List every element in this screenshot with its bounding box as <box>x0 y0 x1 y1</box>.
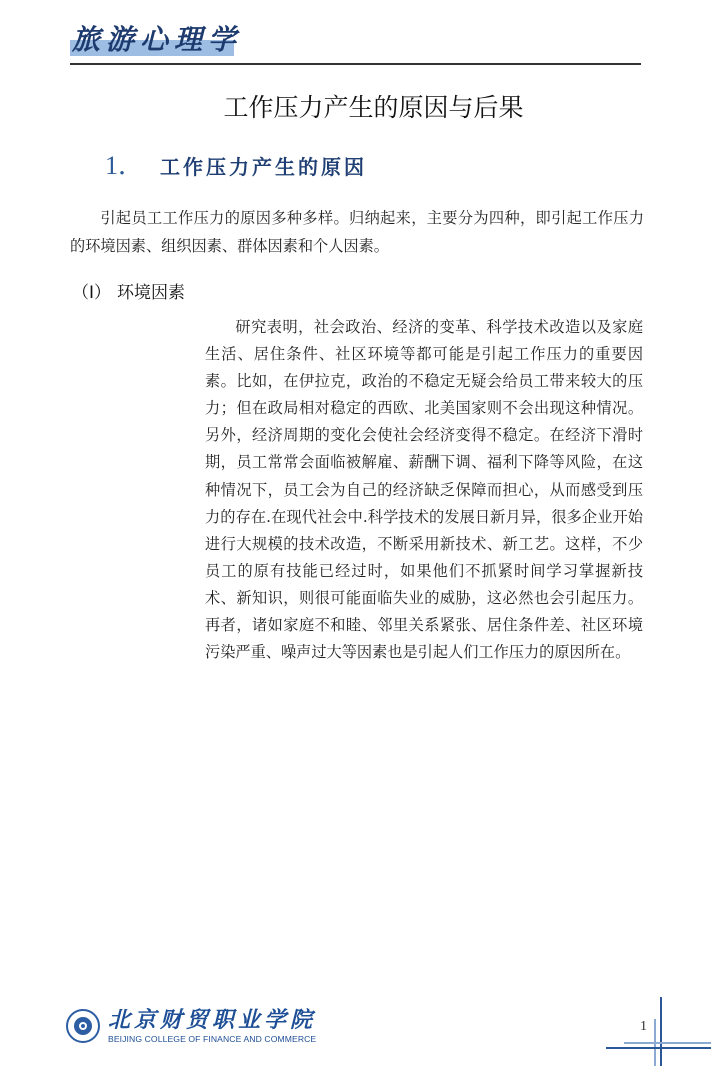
section-title: 工作压力产生的原因 <box>160 155 367 179</box>
crop-mark-horizontal-dark <box>606 1047 711 1049</box>
page-title-text: 工作压力产生的原因与后果 <box>223 93 523 122</box>
subsection-heading: （I）环境因素 <box>72 280 185 306</box>
college-emblem-icon <box>66 1009 100 1043</box>
running-header-title: 旅游心理学 <box>72 23 242 57</box>
body-paragraph: 研究表明，社会政治、经济的变革、科学技术改造以及家庭生活、居住条件、社区环境等都… <box>205 314 643 666</box>
subsection-number: （I） <box>72 283 111 303</box>
college-logo: 北京财贸职业学院 BEIJING COLLEGE OF FINANCE AND … <box>66 1008 306 1048</box>
section-heading: 1．工作压力产生的原因 <box>105 150 367 185</box>
crop-mark-horizontal-light <box>624 1042 711 1044</box>
page-number: 1 <box>640 1019 647 1035</box>
college-name-cn: 北京财贸职业学院 <box>108 1006 316 1034</box>
college-name-en: BEIJING COLLEGE OF FINANCE AND COMMERCE <box>108 1034 316 1044</box>
intro-paragraph: 引起员工工作压力的原因多种多样。归纳起来，主要分为四种，即引起工作压力的环境因素… <box>70 204 644 260</box>
subsection-title: 环境因素 <box>117 283 185 303</box>
crop-mark-vertical-dark <box>660 997 662 1066</box>
section-number: 1． <box>105 151 144 180</box>
page-title: 工作压力产生的原因与后果 <box>0 91 711 125</box>
header-divider <box>70 63 641 65</box>
